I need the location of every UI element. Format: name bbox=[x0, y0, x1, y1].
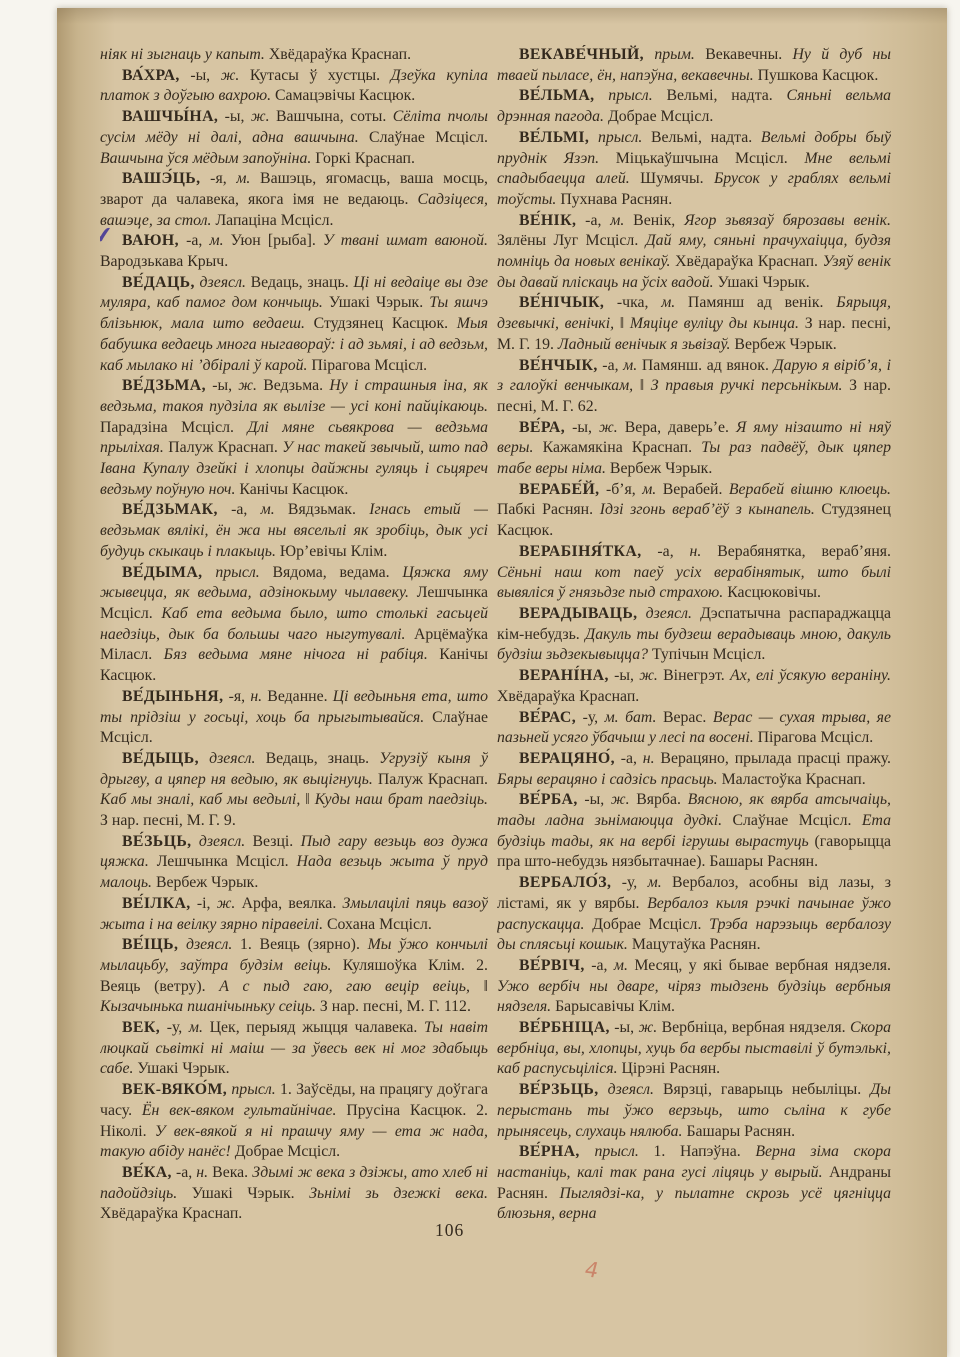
headword: ВЕК-ВЯКО́М, bbox=[122, 1081, 227, 1098]
gloss-text: -ы, bbox=[218, 108, 251, 125]
example-text: дзеясл. bbox=[178, 936, 232, 953]
gloss-text: Добрае Мсцісл. bbox=[231, 1143, 340, 1160]
gloss-text: Вародзькава Крыч. bbox=[100, 253, 228, 270]
example-text: Сёньні наш кот паеў усіх верабінятык, шт… bbox=[497, 564, 891, 602]
example-text: дзеясл. bbox=[199, 750, 256, 767]
example-text: м. bbox=[236, 170, 250, 187]
dictionary-entry: ВЕРАЦЯНО́, -а, н. Верацяно, прылада прас… bbox=[497, 749, 891, 790]
book-page: ніяк ні зыгнаць у капыт. Хвёдараўка Крас… bbox=[57, 8, 947, 1357]
dictionary-entry: ВЕРАБЕ́Й, -б’я, м. Верабей. Верабей вішн… bbox=[497, 480, 891, 542]
gloss-text: -а, bbox=[642, 543, 690, 560]
gloss-text: -а, bbox=[218, 501, 261, 518]
dictionary-entry: ВЕ́ДАЦЬ, дзеясл. Ведаць, знаць. Ці ні ве… bbox=[100, 273, 488, 377]
gloss-text: Века. bbox=[208, 1164, 252, 1181]
dictionary-entry: ВЕ́ДЗЬМАК, -а, м. Вядзьмак. Ігнась етый … bbox=[100, 500, 488, 562]
gloss-text: -а, bbox=[585, 957, 614, 974]
gloss-text: Месяц, у які бывае вербная нядзеля. bbox=[628, 957, 891, 974]
dictionary-entry: ВЕ́РНА, прысл. 1. Напэўна. Верна зіма ск… bbox=[497, 1142, 891, 1225]
gloss-text: Сохана Мсцісл. bbox=[323, 916, 432, 933]
example-text: Каб мы зналі, каб мы ведылі, ‖ Куды наш … bbox=[100, 791, 488, 808]
headword: ВЕ́НІК, bbox=[519, 212, 576, 229]
example-text: ж. bbox=[599, 419, 618, 436]
gloss-text: Хвёдараўка Краснап. bbox=[265, 46, 411, 63]
gloss-text: Лапаціна Мсцісл. bbox=[212, 212, 334, 229]
gloss-text: Касцюковічы. bbox=[723, 584, 821, 601]
example-text: ж. bbox=[238, 377, 257, 394]
example-text: дзеясл. bbox=[638, 605, 692, 622]
headword: ВЕ́ІЛКА, bbox=[122, 895, 191, 912]
headword: ВЕ́ЛЬМА, bbox=[519, 87, 595, 104]
gloss-text: Памянш ад венік. bbox=[675, 294, 836, 311]
gloss-text: Везці. bbox=[245, 833, 300, 850]
gloss-text: Уюн [рыба]. bbox=[224, 232, 323, 249]
headword: ВЕ́КА, bbox=[122, 1164, 172, 1181]
gloss-text: Ушакі Чэрык. bbox=[714, 274, 810, 291]
example-text: У твані шмат ваюной. bbox=[323, 232, 488, 249]
gloss-text: Верабянятка, вераб’яня. bbox=[701, 543, 891, 560]
example-text: Ладный венічык я зьвізаў. bbox=[558, 336, 731, 353]
example-text: ж. bbox=[217, 895, 236, 912]
example-text: дзеясл. bbox=[195, 274, 246, 291]
gloss-text: Хвёдараўка Краснап. bbox=[497, 688, 639, 705]
headword: ВЕ́НІЧЫК, bbox=[519, 294, 604, 311]
gloss-text: Добрае Мсцісл. bbox=[584, 916, 709, 933]
dictionary-entry: ВЕ́ДЫЦЬ, дзеясл. Ведаць, знаць. Угрузіў … bbox=[100, 749, 488, 832]
example-text: ніяк ні зыгнаць у капыт. bbox=[100, 46, 265, 63]
gloss-text: -а, bbox=[179, 232, 210, 249]
dictionary-entry: ВЕ́РЗЬЦЬ, дзеясл. Вярзці, гаварыць небыл… bbox=[497, 1080, 891, 1142]
gloss-text: Маластоўка Краснап. bbox=[718, 771, 866, 788]
gloss-text: Самацэвічы Касцюк. bbox=[271, 87, 415, 104]
right-column: ВЕКАВЕ́ЧНЫЙ, прым. Векавечны. Ну й дуб н… bbox=[497, 45, 891, 1267]
headword: ВЕ́ЛЬМІ, bbox=[519, 129, 589, 146]
dictionary-entry: ВЕ́ЗЬЦЬ, дзеясл. Везці. Пыд гару везьць … bbox=[100, 832, 488, 894]
example-text: дзеясл. bbox=[192, 833, 246, 850]
gloss-text: Парадзіна Мсцісл. bbox=[100, 419, 247, 436]
dictionary-entry: ВЕК, -у, м. Цек, перыяд жыцця чалавека. … bbox=[100, 1018, 488, 1080]
dictionary-entry: ВЕ́НІЧЫК, -чка, м. Памянш ад венік. Бяры… bbox=[497, 293, 891, 355]
example-text: прысл. bbox=[580, 1143, 639, 1160]
dictionary-entry: ВЕРАДЫВАЦЬ, дзеясл. Дэспатычна распарадж… bbox=[497, 604, 891, 666]
gloss-text: Ведаць, знаць. bbox=[246, 274, 353, 291]
gloss-text: Арфа, веялка. bbox=[235, 895, 342, 912]
gloss-text: Добрае Мсцісл. bbox=[604, 108, 713, 125]
example-text: прым. bbox=[644, 46, 695, 63]
gloss-text: -у, bbox=[576, 709, 604, 726]
headword: ВЕ́РАС, bbox=[519, 709, 576, 726]
gloss-text: Пушкова Касцюк. bbox=[754, 67, 879, 84]
gloss-text: Лешчынка Мсцісл. bbox=[149, 853, 297, 870]
headword: ВЕ́ДЫЦЬ, bbox=[122, 750, 199, 767]
example-text: Ідзі згонь вераб’ёў з кынапель. bbox=[600, 501, 815, 518]
gloss-text: Венік, bbox=[624, 212, 684, 229]
gloss-text: Слаўнае Мсцісл. bbox=[722, 812, 862, 829]
gloss-text: Вербніца, вербная нядзеля. bbox=[657, 1019, 850, 1036]
dictionary-entry: ВЕ́НЧЫК, -а, м. Памянш. ад вянок. Дарую … bbox=[497, 356, 891, 418]
gloss-text: Палуж Краснап. bbox=[373, 771, 488, 788]
example-text: м. bbox=[642, 481, 656, 498]
gloss-text: З нар. песні, М. Г. 9. bbox=[100, 812, 236, 829]
gloss-text: -чка, bbox=[604, 294, 661, 311]
example-text: м. bbox=[648, 874, 662, 891]
headword: ВАЮН, bbox=[122, 232, 179, 249]
dictionary-entry: ВЕРАНІ́НА, -ы, ж. Вінегрэт. Ах, елі ўсяк… bbox=[497, 666, 891, 707]
gloss-text: Вельмі, надта. bbox=[642, 129, 761, 146]
gloss-text: Палуж Краснап. bbox=[164, 439, 282, 456]
gloss-text: -у, bbox=[160, 1019, 189, 1036]
example-text: ж. bbox=[639, 667, 658, 684]
headword: ВЕРАЦЯНО́, bbox=[519, 750, 615, 767]
dictionary-entry: ВЕ́ДЗЬМА, -ы, ж. Ведзьма. Ну і страшныя … bbox=[100, 376, 488, 500]
example-text: м. bbox=[189, 1019, 203, 1036]
dictionary-entry: ✔ВАЮН, -а, м. Уюн [рыба]. У твані шмат в… bbox=[100, 231, 488, 272]
dictionary-entry: ВАШЭ́ЦЬ, -я, м. Вашэць, ягомасць, ваша м… bbox=[100, 169, 488, 231]
example-text: м. bbox=[610, 212, 624, 229]
headword: ВЕ́ДАЦЬ, bbox=[122, 274, 195, 291]
gloss-text: Вярзці, гаварыць небыліцы. bbox=[654, 1081, 870, 1098]
gloss-text: -а, bbox=[598, 357, 624, 374]
headword: ВАШЭ́ЦЬ, bbox=[122, 170, 201, 187]
gloss-text: Слаўнае Мсцісл. bbox=[359, 129, 488, 146]
dictionary-entry: ВЕ́ЛЬМІ, прысл. Вельмі, надта. Вельмі до… bbox=[497, 128, 891, 211]
dictionary-entry: ніяк ні зыгнаць у капыт. Хвёдараўка Крас… bbox=[100, 45, 488, 66]
gloss-text: -ы, bbox=[206, 377, 238, 394]
example-text: м. bbox=[623, 357, 637, 374]
dictionary-entry: ВА́ХРА, -ы, ж. Кутасы ў хустцы. Дзеўка к… bbox=[100, 66, 488, 107]
gloss-text: Барысавічы Клім. bbox=[551, 998, 675, 1015]
dictionary-entry: ВЕ́РВІЧ, -а, м. Месяц, у які бывае вербн… bbox=[497, 956, 891, 1018]
example-text: прысл. bbox=[227, 1081, 276, 1098]
example-text: дзеясл. bbox=[599, 1081, 654, 1098]
dictionary-entry: ВЕ́РАС, -у, м. бат. Верас. Верас — сухая… bbox=[497, 708, 891, 749]
gloss-text: -ы, bbox=[565, 419, 599, 436]
gloss-text: Зялёны Луг Мсцісл. bbox=[497, 232, 646, 249]
headword: ВЕ́ДЫМА, bbox=[122, 564, 203, 581]
gloss-text: Вінегрэт. bbox=[658, 667, 730, 684]
headword: ВЕРБАЛО́З, bbox=[519, 874, 611, 891]
gloss-text: Цек, перыяд жыцця чалавека. bbox=[203, 1019, 424, 1036]
headword: ВЕ́РВІЧ, bbox=[519, 957, 585, 974]
gloss-text: Вядзьмак. bbox=[275, 501, 370, 518]
headword: ВЕ́РБА, bbox=[519, 791, 578, 808]
dictionary-entry: ВЕ́НІК, -а, м. Венік, Ягор зьвязаў бяроз… bbox=[497, 211, 891, 294]
gloss-text: Хвёдараўка Краснап. bbox=[100, 1205, 242, 1222]
gloss-text: -ы, bbox=[578, 791, 611, 808]
example-text: Бяры верацяно і садзісь прасьць. bbox=[497, 771, 718, 788]
gloss-text: -а, bbox=[615, 750, 643, 767]
dictionary-entry: ВЕРБАЛО́З, -у, м. Вербалоз, асобны від л… bbox=[497, 873, 891, 956]
example-text: прысл. bbox=[203, 564, 260, 581]
gloss-text: 1. Напэўна. bbox=[639, 1143, 756, 1160]
gloss-text: Пухнава Раснян. bbox=[556, 191, 672, 208]
gloss-text: -я, bbox=[201, 170, 237, 187]
gloss-text: Вера, даверь’е. bbox=[618, 419, 736, 436]
gloss-text: Верабей. bbox=[656, 481, 729, 498]
gloss-text: 1. Веяць (зярно). bbox=[232, 936, 367, 953]
dictionary-entry: ВЕРАБІНЯ́ТКА, -а, н. Верабянятка, вераб’… bbox=[497, 542, 891, 604]
example-text: Ягор зьвязаў бярозавы венік. bbox=[684, 212, 891, 229]
dictionary-entry: ВЕ́ДЫНЬНЯ, -я, н. Веданне. Ці ведыньня е… bbox=[100, 687, 488, 749]
ink-checkmark: ✔ bbox=[100, 225, 114, 248]
example-text: ж. bbox=[251, 108, 270, 125]
dictionary-entry: ВЕ́ДЫМА, прысл. Вядома, ведама. Цяжка ям… bbox=[100, 563, 488, 687]
headword: ВА́ХРА, bbox=[122, 67, 180, 84]
headword: ВЕРАБЕ́Й, bbox=[519, 481, 600, 498]
headword: ВЕ́НЧЫК, bbox=[519, 357, 598, 374]
example-text: Бяз ведыма мяне нічога ні рабіця. bbox=[164, 646, 428, 663]
gloss-text: Хвёдараўка Краснап. bbox=[671, 253, 823, 270]
headword: ВЕ́РНА, bbox=[519, 1143, 580, 1160]
gloss-text: Мацутаўка Раснян. bbox=[628, 936, 761, 953]
gloss-text: Верас. bbox=[656, 709, 712, 726]
dictionary-entry: ВЕ́ІЛКА, -і, ж. Арфа, веялка. Змылацілі … bbox=[100, 894, 488, 935]
example-text: м. bbox=[209, 232, 223, 249]
gloss-text: Вярба. bbox=[630, 791, 688, 808]
gloss-text: -у, bbox=[611, 874, 647, 891]
gloss-text: Ведаць, знаць. bbox=[255, 750, 379, 767]
example-text: прысл. bbox=[589, 129, 642, 146]
dictionary-entry: ВАШЧЫ́НА, -ы, ж. Вашчына, соты. Сёліта п… bbox=[100, 107, 488, 169]
example-text: Ён век-вяком гультайнічае. bbox=[142, 1102, 337, 1119]
page-number: 106 bbox=[435, 1220, 464, 1241]
gloss-text: Пірагова Мсцісл. bbox=[754, 729, 874, 746]
dictionary-entry: ВЕК-ВЯКО́М, прысл. 1. Заўсёды, на працяг… bbox=[100, 1080, 488, 1163]
gloss-text: Тупічын Мсцісл. bbox=[648, 646, 765, 663]
headword: ВАШЧЫ́НА, bbox=[122, 108, 218, 125]
headword: ВЕ́РА, bbox=[519, 419, 565, 436]
gloss-text: Вербеж Чэрык. bbox=[606, 460, 712, 477]
gloss-text: Векавечны. bbox=[695, 46, 793, 63]
gloss-text: -ы, bbox=[610, 1019, 639, 1036]
scanned-book-photo: { "document": { "kind": "dictionary page… bbox=[0, 0, 960, 1357]
example-text: м. bbox=[661, 294, 675, 311]
example-text: м. бат. bbox=[605, 709, 657, 726]
example-text: Вашчына ўся мёдым запоўніна. bbox=[100, 150, 311, 167]
headword: ВЕРАНІ́НА, bbox=[519, 667, 609, 684]
example-text: Верабей вішню клюець. bbox=[729, 481, 891, 498]
headword: ВЕРАДЫВАЦЬ, bbox=[519, 605, 638, 622]
dictionary-entry: ВЕ́РБНІЦА, -ы, ж. Вербніца, вербная нядз… bbox=[497, 1018, 891, 1080]
example-text: н. bbox=[643, 750, 655, 767]
gloss-text: Пабкі Раснян. bbox=[497, 501, 600, 518]
gloss-text: -а, bbox=[172, 1164, 196, 1181]
gloss-text: -я, bbox=[223, 688, 250, 705]
gloss-text: -а, bbox=[576, 212, 610, 229]
headword: ВЕ́ІЦЬ, bbox=[122, 936, 178, 953]
dictionary-entry: ВЕ́РБА, -ы, ж. Вярба. Вясною, як вярба а… bbox=[497, 790, 891, 873]
gloss-text: Міцькаўшчына Мсцісл. bbox=[599, 150, 804, 167]
dictionary-entry: ВЕ́ЛЬМА, прысл. Вельмі, надта. Сяньні ве… bbox=[497, 86, 891, 127]
left-column: ніяк ні зыгнаць у капыт. Хвёдараўка Крас… bbox=[100, 45, 488, 1267]
headword: ВЕ́РЗЬЦЬ, bbox=[519, 1081, 599, 1098]
dictionary-entry: ВЕ́РА, -ы, ж. Вера, даверь’е. Я яму ніза… bbox=[497, 418, 891, 480]
gloss-text: Юр’евічы Клім. bbox=[276, 543, 387, 560]
gloss-text: Ушакі Чэрык. bbox=[323, 294, 429, 311]
example-text: ж. bbox=[639, 1019, 658, 1036]
gloss-text: -ы, bbox=[609, 667, 639, 684]
gloss-text: Памянш. ад вянок. bbox=[637, 357, 773, 374]
gloss-text: Цірэні Раснян. bbox=[618, 1060, 721, 1077]
gloss-text: Пірагова Мсцісл. bbox=[307, 357, 427, 374]
headword: ВЕ́ДЗЬМАК, bbox=[122, 501, 218, 518]
gloss-text: Кажамякіна Краснап. bbox=[533, 439, 701, 456]
gloss-text: -і, bbox=[191, 895, 217, 912]
example-text: н. bbox=[690, 543, 702, 560]
example-text: м. bbox=[614, 957, 628, 974]
headword: ВЕК, bbox=[122, 1019, 160, 1036]
dictionary-entry: ВЕКАВЕ́ЧНЫЙ, прым. Векавечны. Ну й дуб н… bbox=[497, 45, 891, 86]
gloss-text: Вядома, ведама. bbox=[260, 564, 403, 581]
gloss-text: Канічы Касцюк. bbox=[235, 481, 348, 498]
headword: ВЕ́РБНІЦА, bbox=[519, 1019, 610, 1036]
gloss-text: Ушакі Чэрык. bbox=[177, 1185, 309, 1202]
example-text: н. bbox=[250, 688, 262, 705]
example-text: м. bbox=[261, 501, 275, 518]
headword: ВЕКАВЕ́ЧНЫЙ, bbox=[519, 46, 644, 63]
gloss-text: Вашчына, соты. bbox=[270, 108, 393, 125]
gloss-text: Верацяно, прылада прасці пражу. bbox=[655, 750, 891, 767]
gloss-text: Вербеж Чэрык. bbox=[730, 336, 836, 353]
gloss-text: Ведзьма. bbox=[257, 377, 329, 394]
example-text: Зьнімі зь дзежкі века. bbox=[309, 1185, 488, 1202]
gloss-text: Вельмі, надта. bbox=[653, 87, 787, 104]
gloss-text: Кутасы ў хустцы. bbox=[239, 67, 390, 84]
headword: ВЕ́ДЫНЬНЯ, bbox=[122, 688, 223, 705]
dictionary-entry: ВЕ́ІЦЬ, дзеясл. 1. Веяць (зярно). Мы ўжо… bbox=[100, 935, 488, 1018]
gloss-text: Горкі Краснап. bbox=[311, 150, 415, 167]
example-text: ж. bbox=[221, 67, 240, 84]
gloss-text: -б’я, bbox=[600, 481, 643, 498]
headword: ВЕРАБІНЯ́ТКА, bbox=[519, 543, 642, 560]
gloss-text: Веданне. bbox=[262, 688, 333, 705]
dictionary-entry: ВЕ́КА, -а, н. Века. Здымі ж века з дзіжы… bbox=[100, 1163, 488, 1225]
headword: ВЕ́ЗЬЦЬ, bbox=[122, 833, 192, 850]
gloss-text: -ы, bbox=[180, 67, 221, 84]
example-text: н. bbox=[196, 1164, 208, 1181]
example-text: Ах, елі ўсякую вераніну. bbox=[730, 667, 891, 684]
example-text: прысл. bbox=[595, 87, 653, 104]
headword: ВЕ́ДЗЬМА, bbox=[122, 377, 206, 394]
gloss-text: Вербеж Чэрык. bbox=[152, 874, 258, 891]
gloss-text: Башары Раснян. bbox=[683, 1123, 796, 1140]
gloss-text: З нар. песні, М. Г. 112. bbox=[316, 998, 471, 1015]
example-text: ж. bbox=[611, 791, 630, 808]
gloss-text: Студзянец Касцюк. bbox=[305, 315, 457, 332]
gloss-text: Шумячы. bbox=[630, 170, 714, 187]
gloss-text: Ушакі Чэрык. bbox=[133, 1060, 229, 1077]
